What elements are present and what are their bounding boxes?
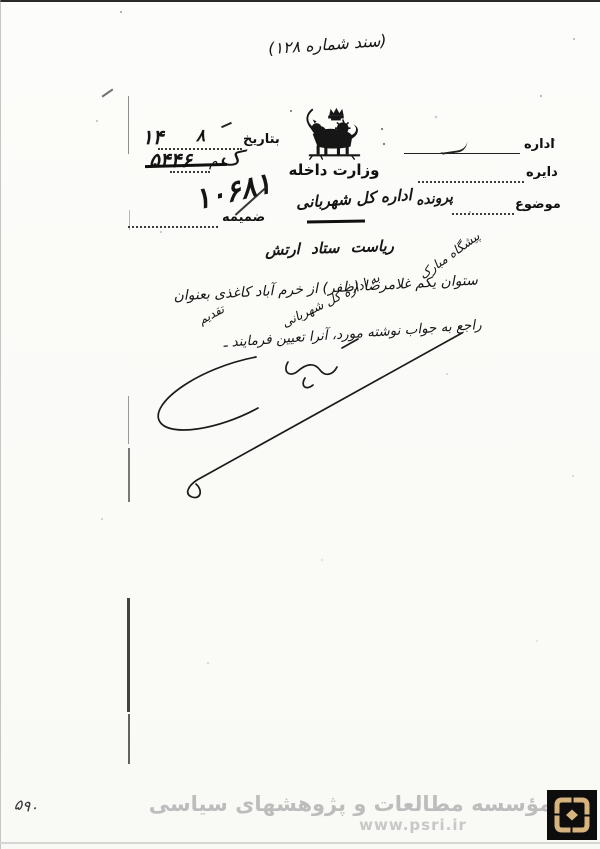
document-scan: (سند شماره ۱۲۸) — [0, 0, 600, 849]
page-number: ۵۹۰ — [13, 796, 40, 817]
field-label-attachment: ضمیمه — [222, 211, 265, 226]
field-label-subject: موضوع — [515, 198, 561, 213]
struck-number: ۵۴۴۶ — [149, 149, 192, 172]
department-underline — [307, 219, 365, 223]
number-mim-scribble: م — [209, 154, 218, 170]
scan-edge-top — [0, 0, 600, 2]
psri-logo — [547, 790, 597, 840]
archive-number-note: (سند شماره ۱۲۸) — [268, 32, 388, 59]
attachment-dotted-line — [128, 226, 218, 228]
watermark-institute-name: مؤسسه مطالعات و پژوهشهای سیاسی — [232, 792, 552, 816]
signature-flourish — [128, 328, 473, 513]
department-handwriting: اداره کل شهربانی — [296, 187, 413, 213]
fold-line-tick — [102, 88, 114, 97]
scan-edge-left — [0, 0, 1, 849]
section-dotted-line — [418, 181, 524, 183]
scan-edge-bottom — [0, 842, 600, 844]
scan-noise — [0, 0, 2, 2]
fold-line-segment — [127, 598, 130, 712]
fold-line-segment — [128, 714, 130, 764]
date-day-handwriting: ۱۴ — [142, 126, 163, 149]
number-kaf-flourish: ک — [218, 142, 244, 173]
subject-handwriting-note: پرونده — [415, 189, 453, 209]
lion-and-sun-emblem — [303, 106, 365, 162]
date-tick-mark — [221, 122, 232, 128]
office-rule-line — [404, 153, 520, 154]
field-label-section: دایره — [526, 166, 558, 181]
date-scribble: ۸ — [196, 127, 205, 147]
subject-dotted-line — [452, 213, 514, 215]
field-label-date: بتاریخ — [243, 133, 280, 148]
body-line-1-raised-tail: تقدیم — [197, 303, 227, 328]
ministry-title: وزارت داخله — [284, 162, 384, 179]
fold-line-segment — [128, 96, 129, 154]
watermark-url: www.psri.ir — [348, 817, 478, 834]
addressee-line: ریاست ستاد ارتش — [247, 237, 413, 260]
field-label-office: اداره — [524, 138, 555, 153]
